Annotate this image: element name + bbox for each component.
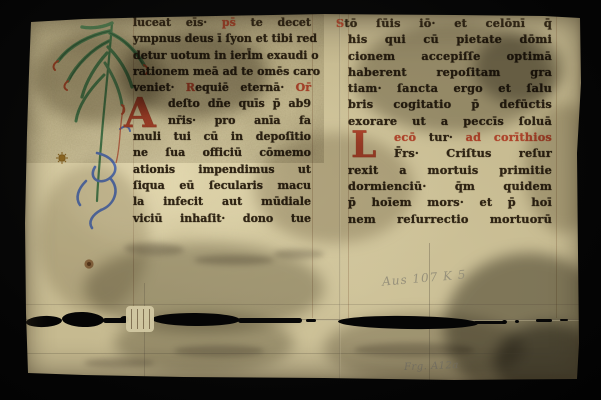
stitch-repair <box>126 306 154 332</box>
text-line: ecō tur· ad corīthios <box>348 129 552 145</box>
text-line: nem reſurrectio mortuorū <box>348 211 552 227</box>
text-line: rexit a mortuis primitie <box>348 162 552 178</box>
illuminated-initial-L: L <box>351 127 377 163</box>
text-line: nr̄is· pro anīa fa <box>133 113 311 129</box>
parchment-hole <box>515 320 519 323</box>
photo-stage: luceat eīs· ps̄ te decet ympnus deus ī ſ… <box>0 0 601 400</box>
text-line: ſiqua eū ſecularis macu <box>133 178 311 194</box>
manuscript-text: te decet <box>251 16 311 29</box>
show-through-mark <box>174 345 264 357</box>
parchment-fragment: luceat eīs· ps̄ te decet ympnus deus ī ſ… <box>24 13 582 381</box>
text-line: haberent repoſitam gra <box>348 64 552 80</box>
text-line: detur uotum in ierl̄m exaudi o <box>133 48 311 64</box>
gold-bezant <box>56 152 68 164</box>
show-through-mark <box>274 249 324 259</box>
show-through-mark <box>194 255 274 265</box>
text-line: exorare ut a peccīs ſoluā <box>348 113 552 129</box>
show-through-mark <box>354 343 474 357</box>
parchment-hole <box>502 320 507 324</box>
text-line: la infecit aut mūdiale <box>133 194 311 210</box>
rubric-text: R <box>186 81 195 94</box>
manuscript-text: luceat eīs· <box>133 16 207 29</box>
initial-flourish <box>116 105 124 163</box>
text-line: cionem accepiſſe optimā <box>348 48 552 64</box>
text-line: deſto dn̄e quīs p̄ ab9 <box>133 96 311 112</box>
manuscript-text: tō ſūis iō· et celōnī q̄ <box>344 16 552 30</box>
text-line: muli tui cū in depoſitio <box>133 129 311 145</box>
text-line: ympnus deus ī ſyon et tibi red <box>133 31 311 47</box>
text-line: bris cogitatio p̄ defūctis <box>348 96 552 112</box>
text-line: dormienciū· q̄m quidem <box>348 178 552 194</box>
text-line: his qui cū pietate dōmi <box>348 31 552 47</box>
text-line: luceat eīs· ps̄ te decet <box>133 15 311 31</box>
blue-flower-ornament <box>78 127 130 228</box>
rubric-text: ad corīthios <box>466 130 552 144</box>
show-through-mark <box>84 358 154 368</box>
text-line: ne ſua officiū cōmemo <box>133 145 311 161</box>
text-line: rationem meā ad te omēs caro <box>133 64 311 80</box>
rosette-spot <box>84 259 93 268</box>
manuscript-text: tur· <box>416 130 465 144</box>
parchment-slit <box>238 318 302 323</box>
rubric-text: ps̄ <box>207 16 251 29</box>
pencil-fragment-label: Frg. A12a <box>404 360 459 373</box>
rubric-text: ecō <box>394 130 416 144</box>
manuscript-text: equiē eternā· <box>195 81 296 94</box>
parchment-slit <box>306 319 316 322</box>
parchment-slit <box>560 319 568 321</box>
text-line: ationis impendimus ut <box>133 162 311 178</box>
left-text-column: luceat eīs· ps̄ te decet ympnus deus ī ſ… <box>133 15 311 227</box>
text-line: F̄rs· Criſtus reſur <box>348 145 552 161</box>
text-line: tiam· ſancta ergo et ſalu <box>348 80 552 96</box>
text-line: veniet· Requiē eternā· Or̄ <box>133 80 311 96</box>
parchment-slit <box>536 319 552 322</box>
rubric-text: Or̄ <box>296 81 311 94</box>
text-line: Stō ſūis iō· et celōnī q̄ <box>336 15 552 31</box>
text-line: p̄ hoīem mors· et p̄ hoī <box>348 194 552 210</box>
illuminated-initial-A: A <box>124 93 156 133</box>
text-line: viciū inhaſit· dono tue <box>133 211 311 227</box>
right-text-column: Stō ſūis iō· et celōnī q̄ his qui cū pie… <box>348 15 552 227</box>
